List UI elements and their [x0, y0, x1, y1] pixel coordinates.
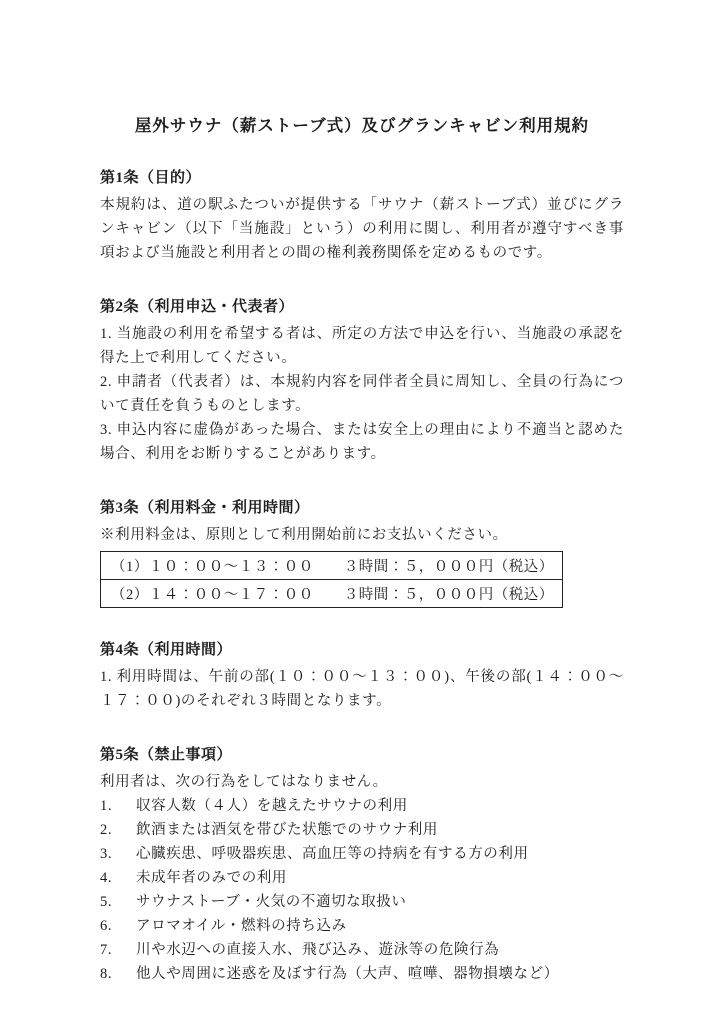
article-2-item-2: 2. 申請者（代表者）は、本規約内容を同伴者全員に周知し、全員の行為について責任…: [100, 370, 624, 418]
section-spacer: [100, 287, 624, 295]
list-item: 3. 心臓疾患、呼吸器疾患、高血圧等の持病を有する方の利用: [100, 842, 624, 866]
price-table: （1）１０：００～１３：００ ３時間：５，０００円（税込） （2）１４：００～１…: [100, 551, 563, 608]
list-item-number: 2.: [100, 818, 136, 842]
section-spacer: [100, 735, 624, 743]
list-item-text: 心臓疾患、呼吸器疾患、高血圧等の持病を有する方の利用: [136, 842, 624, 866]
list-item-number: 8.: [100, 962, 136, 986]
list-item: 5. サウナストーブ・火気の不適切な取扱い: [100, 890, 624, 914]
article-2-item-1: 1. 当施設の利用を希望する者は、所定の方法で申込を行い、当施設の承認を得た上で…: [100, 322, 624, 370]
article-2-application: 第2条（利用申込・代表者） 1. 当施設の利用を希望する者は、所定の方法で申込を…: [100, 295, 624, 466]
price-table-cell-afternoon: （2）１４：００～１７：００ ３時間：５，０００円（税込）: [101, 580, 563, 608]
list-item: 2. 飲酒または酒気を帯びた状態でのサウナ利用: [100, 818, 624, 842]
price-table-row-afternoon: （2）１４：００～１７：００ ３時間：５，０００円（税込）: [101, 580, 563, 608]
list-item-text: 収容人数（４人）を越えたサウナの利用: [136, 794, 624, 818]
list-item-text: 飲酒または酒気を帯びた状態でのサウナ利用: [136, 818, 624, 842]
list-item-text: 未成年者のみでの利用: [136, 866, 624, 890]
price-table-cell-morning: （1）１０：００～１３：００ ３時間：５，０００円（税込）: [101, 552, 563, 580]
list-item: 6. アロマオイル・燃料の持ち込み: [100, 914, 624, 938]
list-item-text: アロマオイル・燃料の持ち込み: [136, 914, 624, 938]
article-3-heading: 第3条（利用料金・利用時間）: [100, 496, 624, 517]
list-item: 1. 収容人数（４人）を越えたサウナの利用: [100, 794, 624, 818]
article-1-heading: 第1条（目的）: [100, 166, 624, 187]
article-1-purpose: 第1条（目的） 本規約は、道の駅ふたついが提供する「サウナ（薪ストーブ式）並びに…: [100, 166, 624, 265]
article-4-hours: 第4条（利用時間） 1. 利用時間は、午前の部(１０：００～１３：００)、午後の…: [100, 638, 624, 713]
article-2-item-3: 3. 申込内容に虚偽があった場合、または安全上の理由により不適当と認めた場合、利…: [100, 418, 624, 466]
article-2-heading: 第2条（利用申込・代表者）: [100, 295, 624, 316]
list-item-text: 川や水辺への直接入水、飛び込み、遊泳等の危険行為: [136, 938, 624, 962]
document-title: 屋外サウナ（薪ストーブ式）及びグランキャビン利用規約: [100, 112, 624, 136]
list-item-text: 他人や周囲に迷惑を及ぼす行為（大声、喧嘩、器物損壊など）: [136, 962, 624, 986]
article-1-paragraph: 本規約は、道の駅ふたついが提供する「サウナ（薪ストーブ式）並びにグランキャビン（…: [100, 193, 624, 265]
article-5-prohibitions: 第5条（禁止事項） 利用者は、次の行為をしてはなりません。 1. 収容人数（４人…: [100, 743, 624, 986]
prohibited-actions-list: 1. 収容人数（４人）を越えたサウナの利用 2. 飲酒または酒気を帯びた状態での…: [100, 794, 624, 986]
list-item-text: サウナストーブ・火気の不適切な取扱い: [136, 890, 624, 914]
list-item-number: 5.: [100, 890, 136, 914]
list-item-number: 4.: [100, 866, 136, 890]
document-page: 屋外サウナ（薪ストーブ式）及びグランキャビン利用規約 第1条（目的） 本規約は、…: [0, 0, 724, 1024]
section-spacer: [100, 488, 624, 496]
list-item-number: 3.: [100, 842, 136, 866]
article-4-paragraph: 1. 利用時間は、午前の部(１０：００～１３：００)、午後の部(１４：００～１７…: [100, 665, 624, 713]
list-item-number: 1.: [100, 794, 136, 818]
section-spacer: [100, 630, 624, 638]
list-item-number: 6.: [100, 914, 136, 938]
list-item: 4. 未成年者のみでの利用: [100, 866, 624, 890]
price-table-row-morning: （1）１０：００～１３：００ ３時間：５，０００円（税込）: [101, 552, 563, 580]
article-5-intro: 利用者は、次の行為をしてはなりません。: [100, 770, 624, 794]
article-3-fees: 第3条（利用料金・利用時間） ※利用料金は、原則として利用開始前にお支払いくださ…: [100, 496, 624, 608]
list-item: 7. 川や水辺への直接入水、飛び込み、遊泳等の危険行為: [100, 938, 624, 962]
list-item-number: 7.: [100, 938, 136, 962]
article-4-heading: 第4条（利用時間）: [100, 638, 624, 659]
article-5-heading: 第5条（禁止事項）: [100, 743, 624, 764]
list-item: 8. 他人や周囲に迷惑を及ぼす行為（大声、喧嘩、器物損壊など）: [100, 962, 624, 986]
article-3-payment-note: ※利用料金は、原則として利用開始前にお支払いください。: [100, 523, 624, 547]
